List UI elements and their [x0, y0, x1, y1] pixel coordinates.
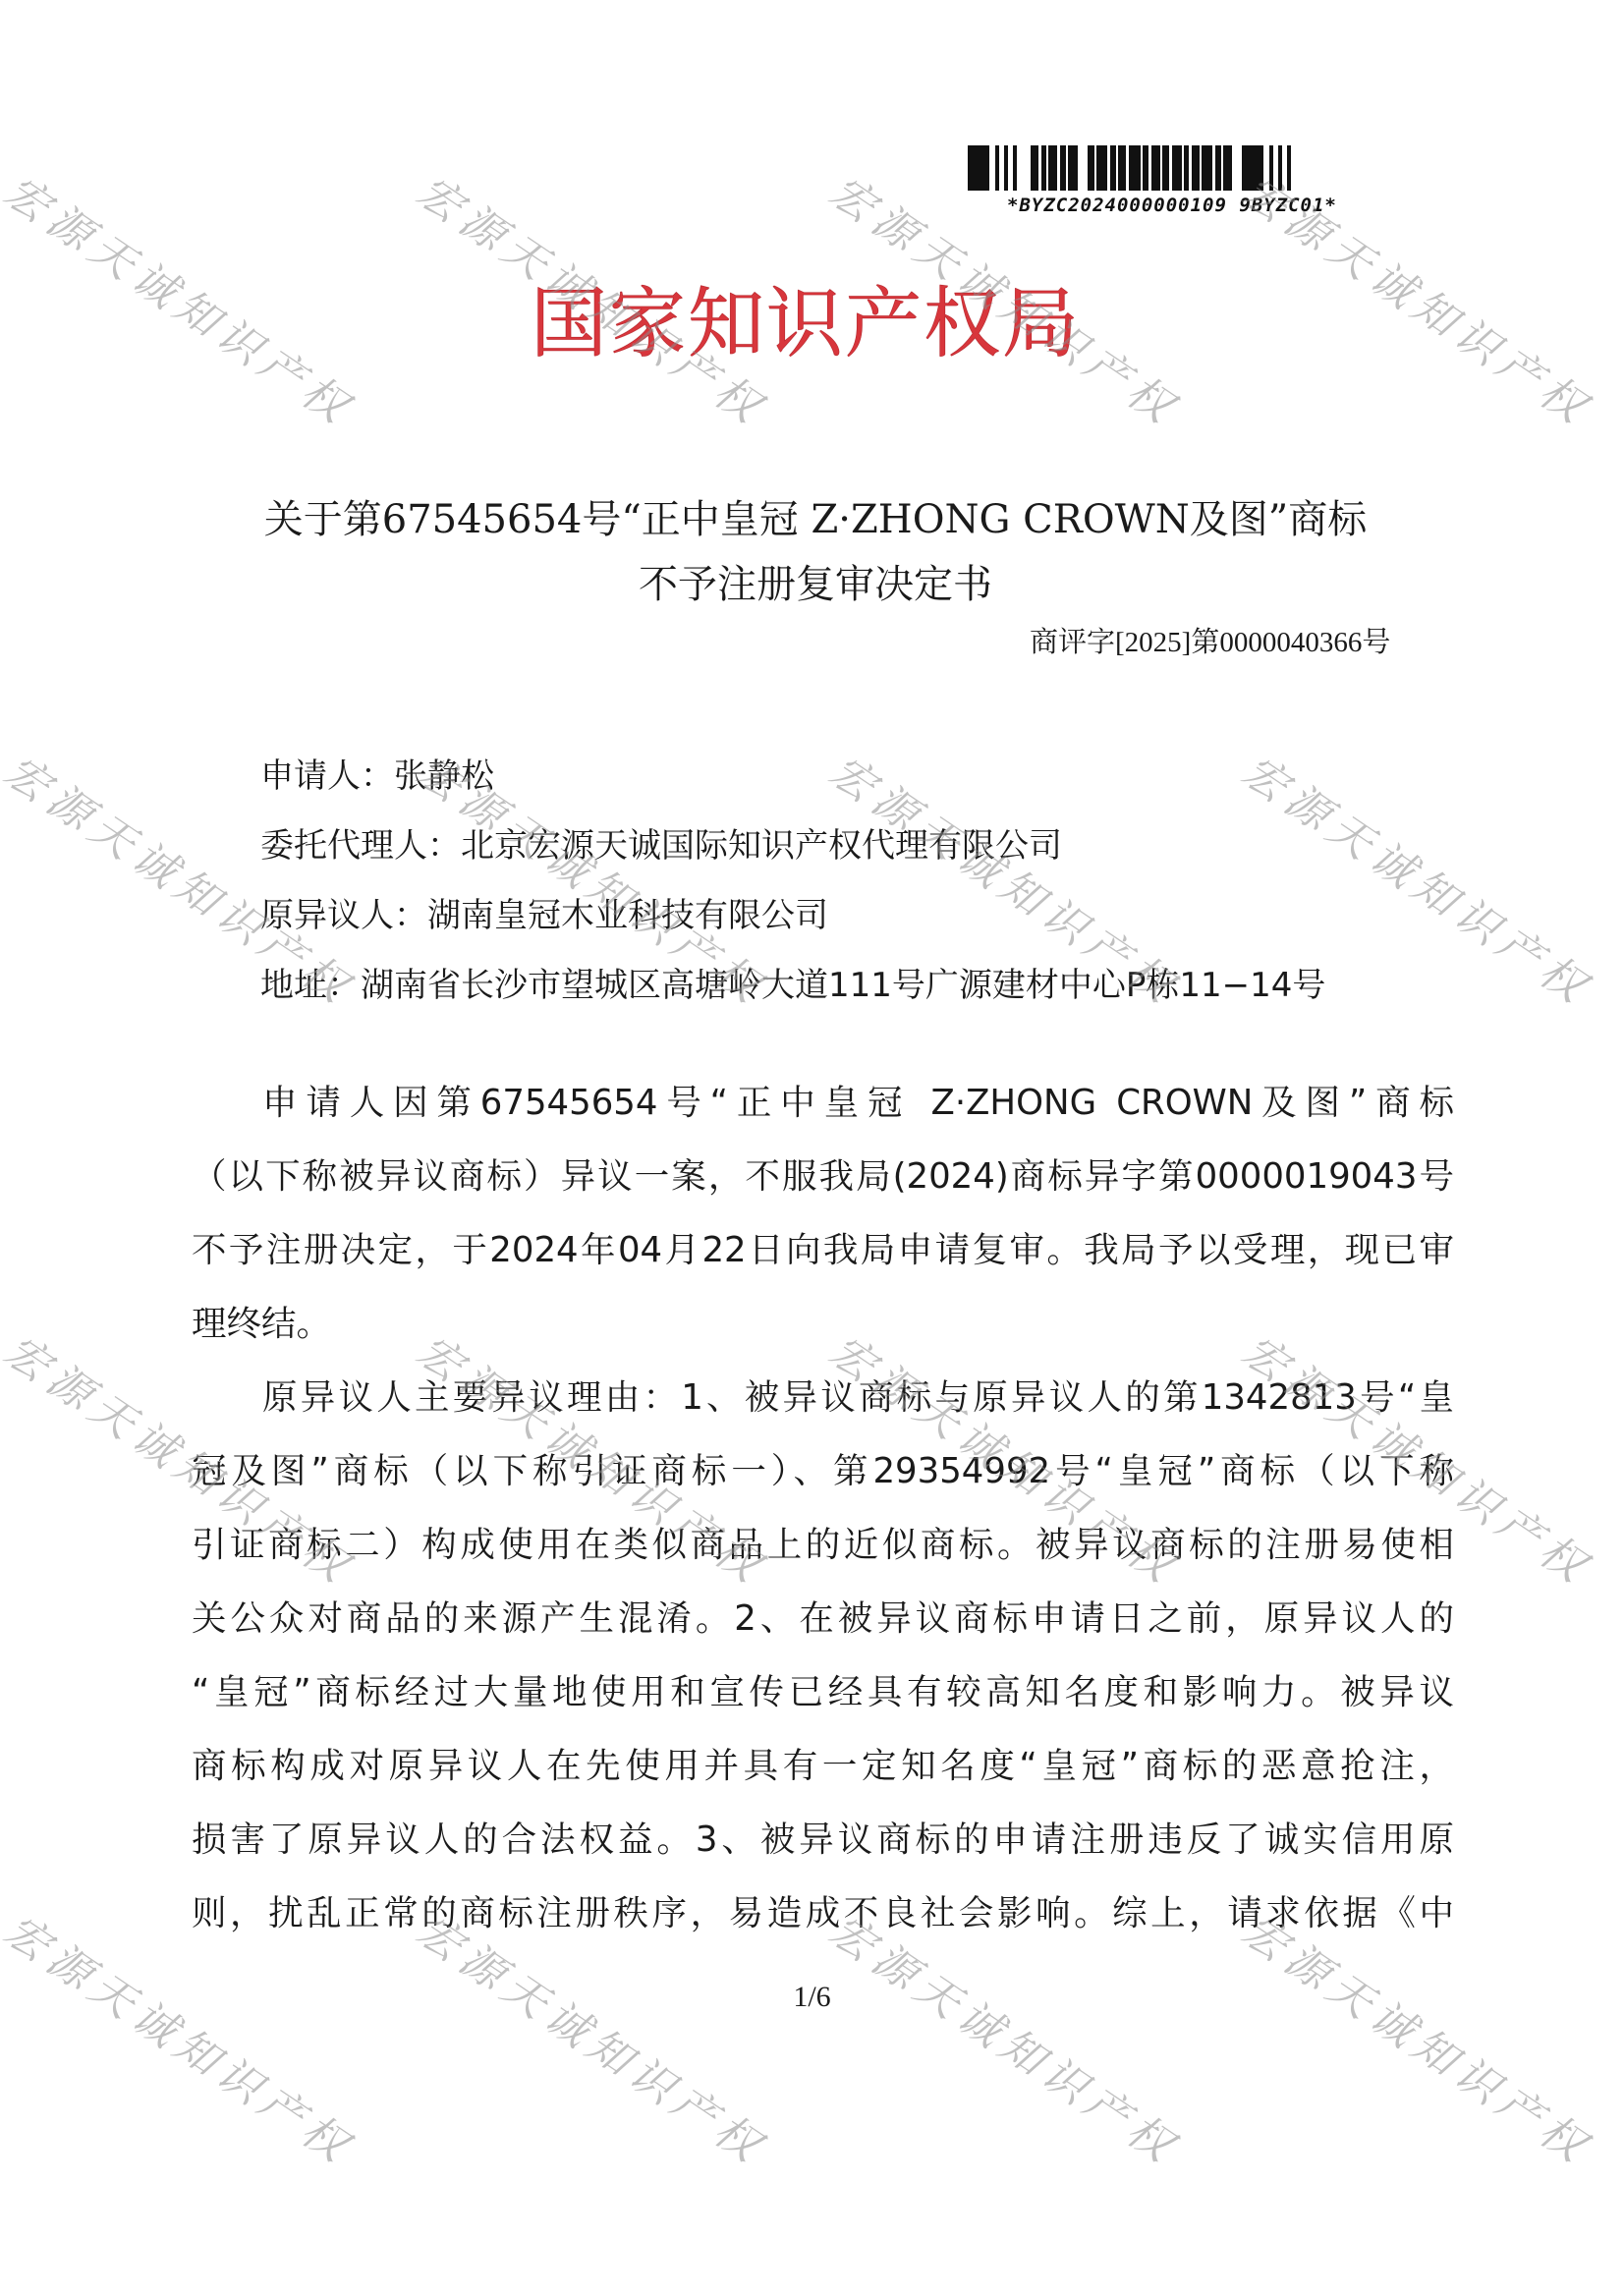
- title-line-1: 关于第67545654号“正中皇冠 Z·ZHONG CROWN及图”商标: [157, 487, 1474, 552]
- party-label: 原异议人：: [260, 896, 427, 935]
- paragraph-case-background: 申请人因第67545654号“正中皇冠 Z·ZHONG CROWN及图”商标 （…: [192, 1066, 1454, 1361]
- party-address: 地址：湖南省长沙市望城区高塘岭大道111号广源建材中心P栋11−14号: [260, 951, 1488, 1021]
- title-line-2: 不予注册复审决定书: [157, 552, 1474, 617]
- party-applicant: 申请人：张静松: [260, 742, 1488, 812]
- body-line: 则，扰乱正常的商标注册秩序，易造成不良社会影响。综上，请求依据《中: [192, 1876, 1454, 1950]
- party-value: 湖南省长沙市望城区高塘岭大道111号广源建材中心P栋11−14号: [361, 966, 1325, 1005]
- reference-number: 商评字[2025]第0000040366号: [1030, 623, 1390, 662]
- page-number: 1/6: [0, 1978, 1624, 2017]
- body-line: “皇冠”商标经过大量地使用和宣传已经具有较高知名度和影响力。被异议: [192, 1655, 1454, 1729]
- body-line: 理终结。: [192, 1287, 1454, 1361]
- party-label: 申请人：: [260, 756, 394, 796]
- decision-body: 申请人因第67545654号“正中皇冠 Z·ZHONG CROWN及图”商标 （…: [192, 1066, 1454, 1950]
- body-line: 关公众对商品的来源产生混淆。2、在被异议商标申请日之前，原异议人的: [192, 1582, 1454, 1655]
- body-line: 申请人因第67545654号“正中皇冠 Z·ZHONG CROWN及图”商标: [192, 1066, 1454, 1140]
- party-label: 委托代理人：: [260, 826, 461, 866]
- party-value: 北京宏源天诚国际知识产权代理有限公司: [461, 826, 1062, 866]
- body-line: 损害了原异议人的合法权益。3、被异议商标的申请注册违反了诚实信用原: [192, 1803, 1454, 1876]
- party-label: 地址：: [260, 966, 361, 1005]
- party-agent: 委托代理人：北京宏源天诚国际知识产权代理有限公司: [260, 812, 1488, 881]
- party-value: 张静松: [394, 756, 494, 796]
- document-title: 关于第67545654号“正中皇冠 Z·ZHONG CROWN及图”商标 不予注…: [157, 487, 1474, 617]
- parties-block: 申请人：张静松 委托代理人：北京宏源天诚国际知识产权代理有限公司 原异议人：湖南…: [260, 742, 1488, 1021]
- barcode-bars: [968, 145, 1380, 191]
- body-line: 原异议人主要异议理由：1、被异议商标与原异议人的第1342813号“皇: [192, 1361, 1454, 1434]
- body-line: 冠及图”商标（以下称引证商标一）、第29354992号“皇冠”商标（以下称: [192, 1434, 1454, 1508]
- barcode: *BYZC2024000000109 9BYZC01*: [968, 145, 1380, 224]
- issuing-authority: 国家知识产权局: [531, 277, 1100, 371]
- party-opponent: 原异议人：湖南皇冠木业科技有限公司: [260, 881, 1488, 951]
- body-line: （以下称被异议商标）异议一案，不服我局(2024)商标异字第0000019043…: [192, 1140, 1454, 1213]
- watermark: 宏源天诚知识产权: [0, 157, 368, 438]
- body-line: 引证商标二）构成使用在类似商品上的近似商标。被异议商标的注册易使相: [192, 1508, 1454, 1582]
- party-value: 湖南皇冠木业科技有限公司: [427, 896, 828, 935]
- paragraph-opposition-reasons: 原异议人主要异议理由：1、被异议商标与原异议人的第1342813号“皇 冠及图”…: [192, 1361, 1454, 1950]
- body-line: 不予注册决定，于2024年04月22日向我局申请复审。我局予以受理，现已审: [192, 1213, 1454, 1287]
- body-line: 商标构成对原异议人在先使用并具有一定知名度“皇冠”商标的恶意抢注，: [192, 1729, 1454, 1803]
- barcode-number: *BYZC2024000000109 9BYZC01*: [968, 195, 1380, 216]
- document-page: *BYZC2024000000109 9BYZC01* 国家知识产权局 关于第6…: [0, 0, 1624, 2295]
